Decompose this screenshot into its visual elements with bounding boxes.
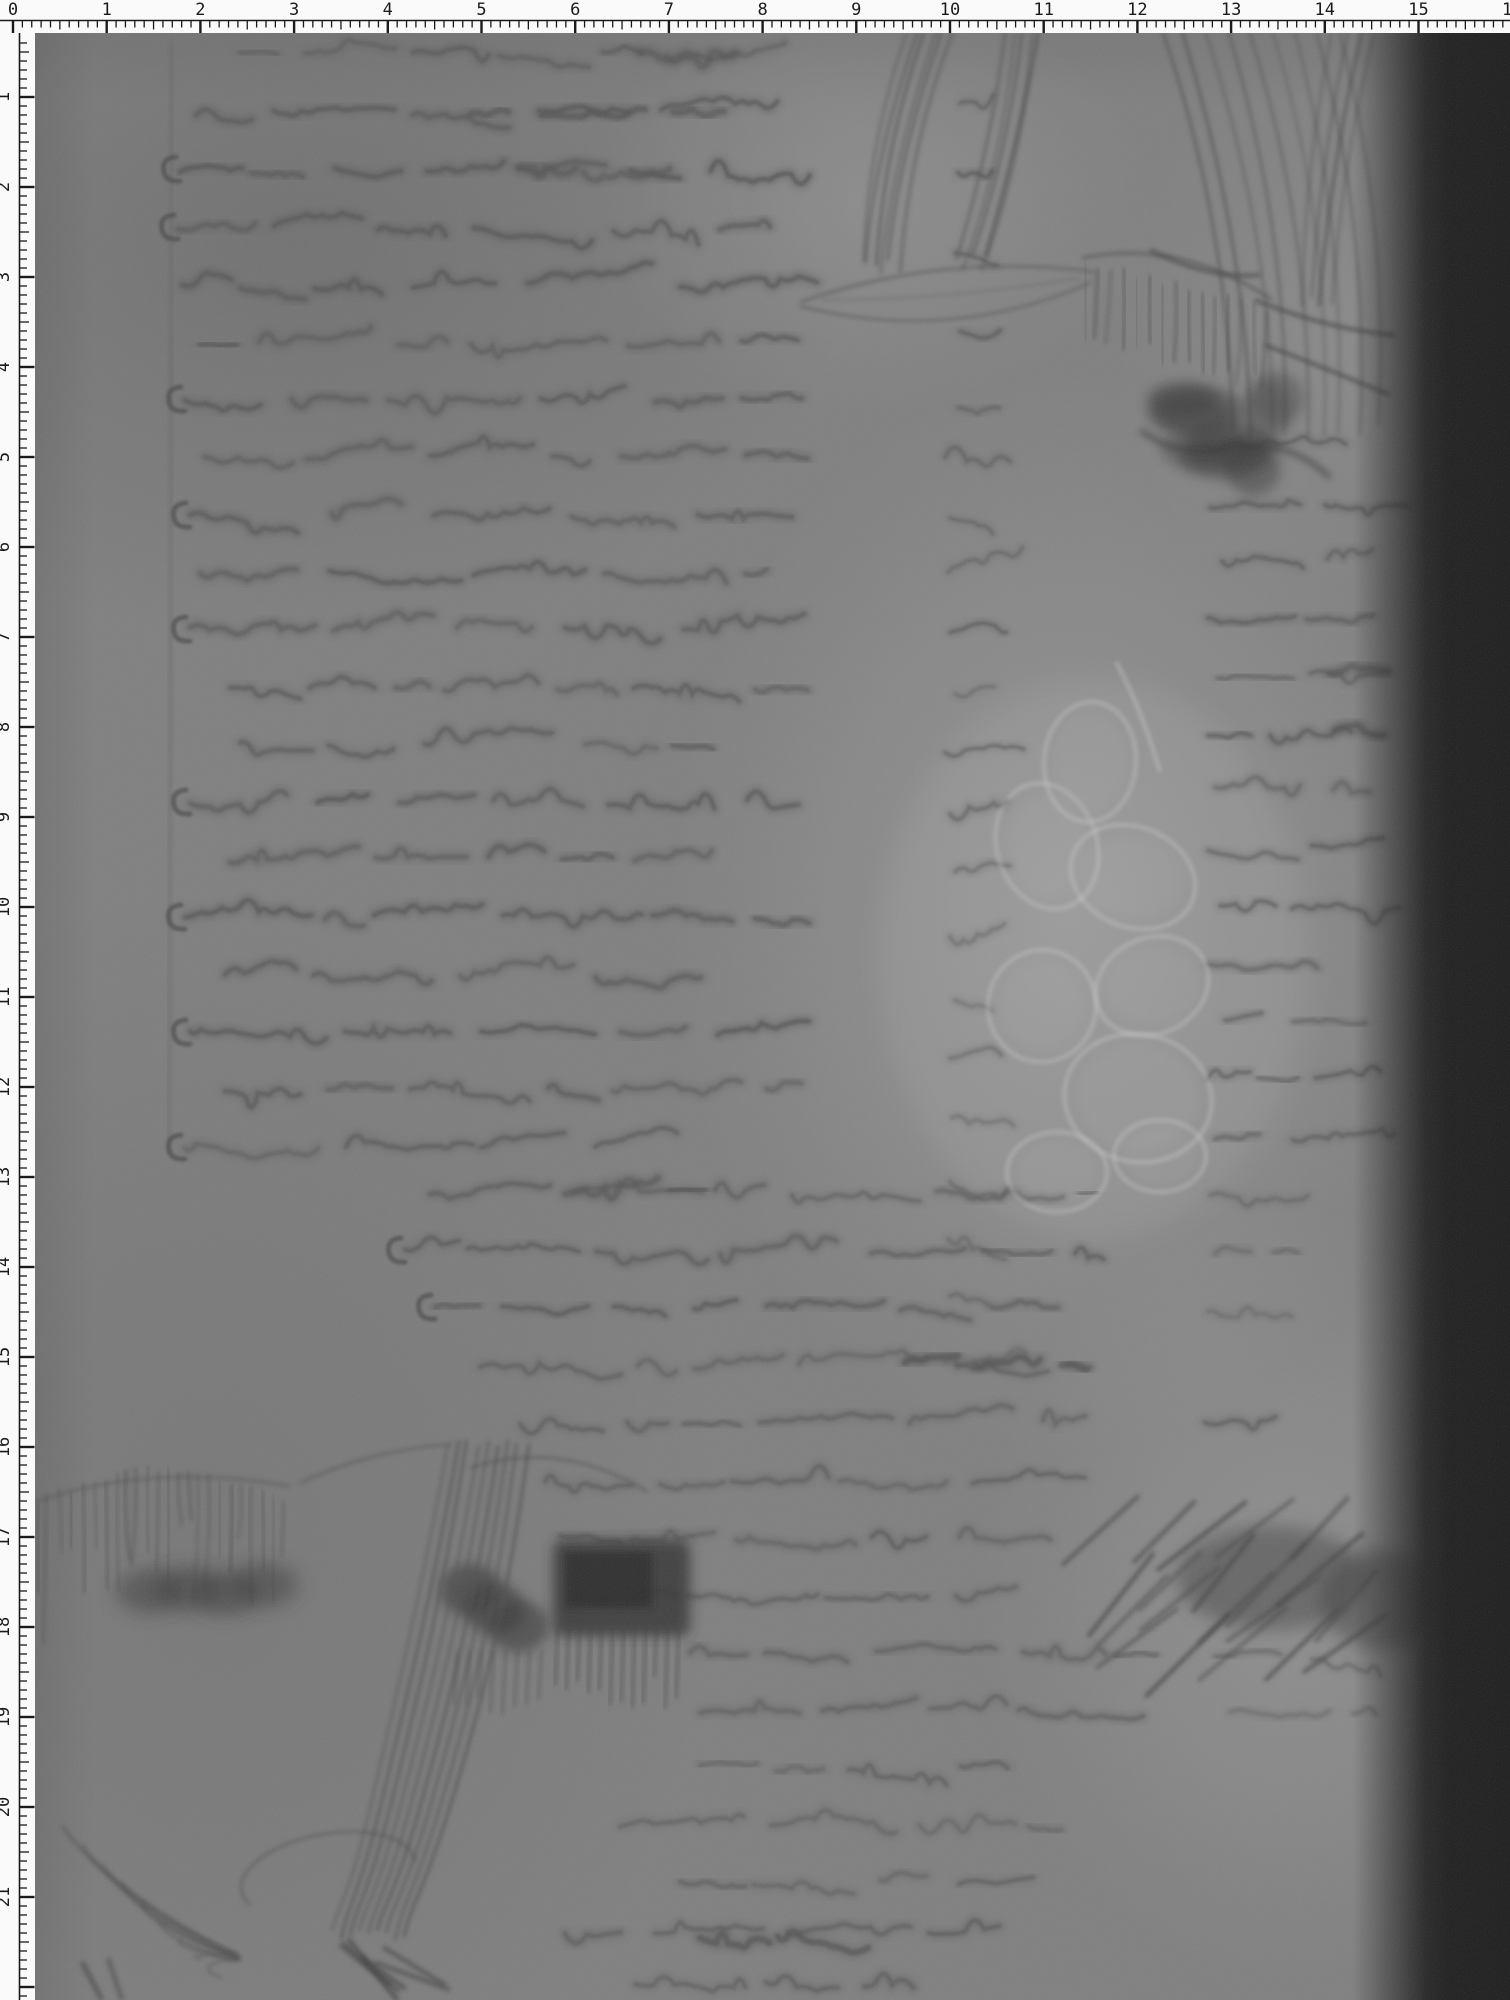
top-ruler-scale: 012345678910111213141516 xyxy=(0,0,1510,33)
ruler-number: 2 xyxy=(0,182,14,192)
ruler-number: 8 xyxy=(757,0,767,20)
ruler-number: 12 xyxy=(0,1077,14,1097)
ruler-number: 16 xyxy=(1502,0,1510,20)
ruler-number: 9 xyxy=(851,0,861,20)
ruler-number: 15 xyxy=(1408,0,1428,20)
ruler-number: 16 xyxy=(0,1437,14,1457)
ruler-number: 5 xyxy=(0,452,14,462)
ruler-number: 2 xyxy=(195,0,205,20)
ruler-number: 15 xyxy=(0,1347,14,1367)
ruler-number: 18 xyxy=(0,1617,14,1637)
ruler-number: 12 xyxy=(1127,0,1147,20)
ruler-number: 5 xyxy=(476,0,486,20)
ruler-number: 1 xyxy=(0,92,14,102)
ruler-number: 0 xyxy=(8,0,18,20)
ruler-number: 3 xyxy=(289,0,299,20)
ruler-number: 14 xyxy=(0,1257,14,1277)
left-ruler-scale: 123456789101112131415161718192021 xyxy=(0,0,35,2000)
ruler-number: 8 xyxy=(0,722,14,732)
ruler-number: 6 xyxy=(570,0,580,20)
ruler-number: 13 xyxy=(0,1167,14,1187)
scanned-manuscript-area xyxy=(35,33,1510,2000)
ruler-number: 11 xyxy=(1033,0,1053,20)
ruler-number: 17 xyxy=(0,1527,14,1547)
top-ruler: 012345678910111213141516 xyxy=(0,0,1510,33)
ruler-number: 11 xyxy=(0,987,14,1007)
film-grain-overlay xyxy=(35,33,1510,2000)
ruler-number: 4 xyxy=(383,0,393,20)
left-ruler: 123456789101112131415161718192021 xyxy=(0,0,35,2000)
manuscript-scan-page: 012345678910111213141516 123456789101112… xyxy=(0,0,1510,2000)
ruler-number: 1 xyxy=(102,0,112,20)
ruler-number: 14 xyxy=(1315,0,1335,20)
ruler-number: 21 xyxy=(0,1887,14,1907)
ruler-number: 7 xyxy=(664,0,674,20)
ruler-number: 10 xyxy=(0,897,14,917)
ruler-number: 6 xyxy=(0,542,14,552)
ruler-number: 9 xyxy=(0,812,14,822)
scan-art xyxy=(35,33,1510,2000)
ruler-number: 7 xyxy=(0,632,14,642)
ruler-number: 20 xyxy=(0,1797,14,1817)
ruler-number: 13 xyxy=(1221,0,1241,20)
ruler-number: 10 xyxy=(940,0,960,20)
ruler-number: 19 xyxy=(0,1707,14,1727)
ruler-number: 4 xyxy=(0,362,14,372)
ruler-number: 3 xyxy=(0,272,14,282)
